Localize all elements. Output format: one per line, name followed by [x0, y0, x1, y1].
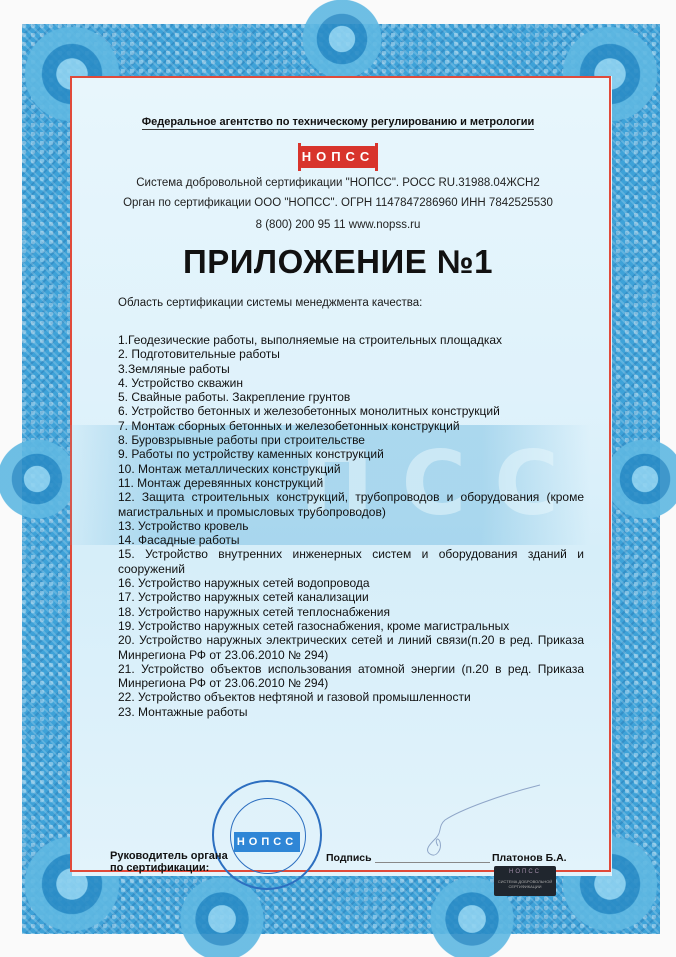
list-item: 6. Устройство бетонных и железобетонных … [118, 404, 584, 418]
list-item: 16. Устройство наружных сетей водопровод… [118, 576, 584, 590]
list-item: 15. Устройство внутренних инженерных сис… [118, 547, 584, 576]
system-line: Система добровольной сертификации "НОПСС… [0, 177, 676, 189]
signature-label: Подпись [326, 852, 372, 864]
list-item: 7. Монтаж сборных бетонных и железобетон… [118, 419, 584, 433]
stamp-logo: НОПСС [234, 832, 300, 852]
list-item: 22. Устройство объектов нефтяной и газов… [118, 690, 584, 704]
page-title: ПРИЛОЖЕНИЕ №1 [0, 243, 676, 281]
list-item: 23. Монтажные работы [118, 705, 584, 719]
list-item: 21. Устройство объектов использования ат… [118, 662, 584, 691]
list-item: 9. Работы по устройству каменных констру… [118, 447, 584, 461]
list-item: 10. Монтаж металлических конструкций [118, 462, 584, 476]
handwritten-signature-icon [400, 780, 550, 860]
list-item: 17. Устройство наружных сетей канализаци… [118, 590, 584, 604]
head-label-line-2: по сертификации: [110, 862, 228, 874]
list-item: 5. Свайные работы. Закрепление грунтов [118, 390, 584, 404]
scope-label: Область сертификации системы менеджмента… [118, 297, 422, 309]
list-item: 4. Устройство скважин [118, 376, 584, 390]
list-item: 1.Геодезические работы, выполняемые на с… [118, 333, 584, 347]
list-item: 20. Устройство наружных электрических се… [118, 633, 584, 662]
hologram-text: СИСТЕМА ДОБРОВОЛЬНОЙ СЕРТИФИКАЦИИ [494, 880, 556, 889]
hologram-sticker: НОПСС СИСТЕМА ДОБРОВОЛЬНОЙ СЕРТИФИКАЦИИ [494, 866, 556, 896]
list-item: 8. Буровзрывные работы при строительстве [118, 433, 584, 447]
agency-text: Федеральное агентство по техническому ре… [142, 116, 535, 130]
nopss-logo: НОПСС [300, 146, 376, 168]
agency-heading: Федеральное агентство по техническому ре… [0, 116, 676, 128]
certification-body-line: Орган по сертификации ООО "НОПСС". ОГРН … [0, 197, 676, 209]
list-item: 3.Земляные работы [118, 362, 584, 376]
list-item: 12. Защита строительных конструкций, тру… [118, 490, 584, 519]
head-of-body-label: Руководитель органа по сертификации: [110, 850, 228, 874]
list-item: 18. Устройство наружных сетей теплоснабж… [118, 605, 584, 619]
contact-line: 8 (800) 200 95 11 www.nopss.ru [0, 219, 676, 231]
list-item: 2. Подготовительные работы [118, 347, 584, 361]
hologram-logo: НОПСС [494, 869, 556, 875]
list-item: 13. Устройство кровель [118, 519, 584, 533]
list-item: 14. Фасадные работы [118, 533, 584, 547]
scope-list: 1.Геодезические работы, выполняемые на с… [118, 333, 584, 719]
list-item: 19. Устройство наружных сетей газоснабже… [118, 619, 584, 633]
head-label-line-1: Руководитель органа [110, 850, 228, 862]
list-item: 11. Монтаж деревянных конструкций [118, 476, 584, 490]
signature-line [375, 862, 490, 863]
signer-name: Платонов Б.А. [492, 852, 567, 864]
